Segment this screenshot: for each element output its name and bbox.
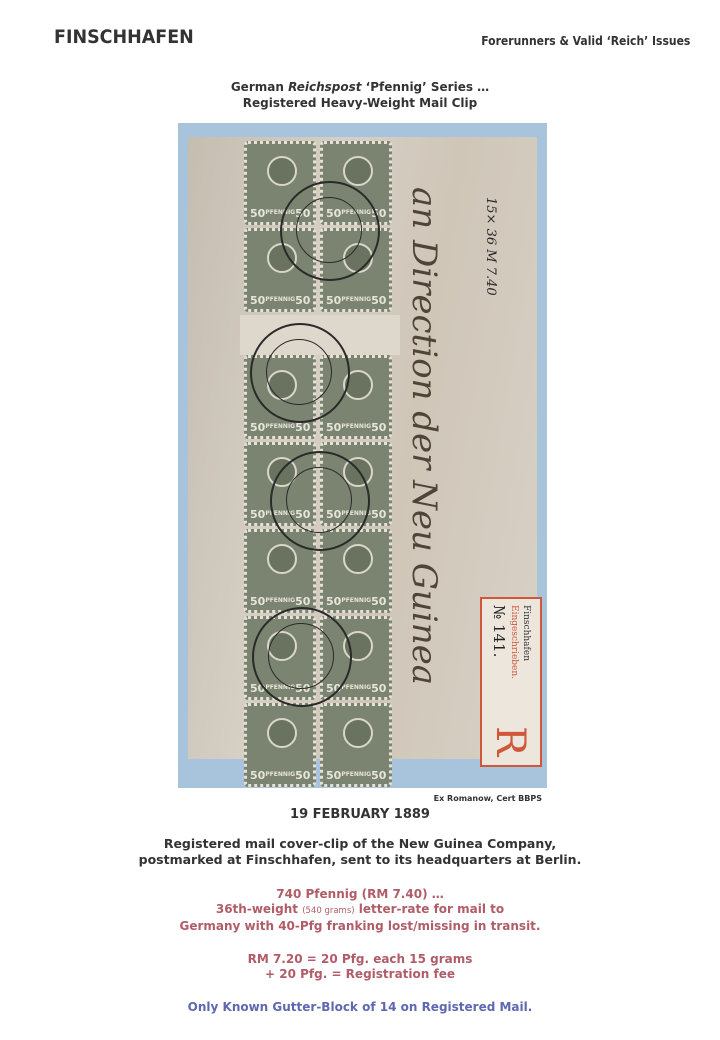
subtitle-line-1: German Reichspost ‘Pfennig’ Series …: [0, 79, 720, 95]
stamp-word: PFENNIG: [341, 597, 371, 604]
stamp-value: 50: [250, 769, 265, 782]
stamp-value: 50: [371, 769, 386, 782]
stamp-value: 50: [295, 769, 310, 782]
provenance-credit: Ex Romanow, Cert BBPS: [434, 794, 542, 803]
stamp-value: 50: [371, 508, 386, 521]
page-title: FINSCHHAFEN: [54, 26, 194, 48]
stamp-value: 50: [371, 421, 386, 434]
stamp-value: 50: [250, 595, 265, 608]
eagle-icon: [267, 718, 297, 748]
description: Registered mail cover-clip of the New Gu…: [0, 836, 720, 868]
stamp-value: 50: [250, 508, 265, 521]
exhibit-subtitle: German Reichspost ‘Pfennig’ Series … Reg…: [0, 79, 720, 111]
postmark-cancel: [252, 607, 352, 707]
registration-label: Finschhafen Eingeschrieben. № 141. R: [480, 597, 542, 767]
stamp-value: 50: [371, 595, 386, 608]
stamp-value: 50: [371, 294, 386, 307]
eagle-icon: [343, 156, 373, 186]
stamp-value: 50: [295, 294, 310, 307]
cover-clip-image: 50PFENNIG5050PFENNIG5050PFENNIG5050PFENN…: [188, 137, 537, 759]
stamp-value: 50: [250, 207, 265, 220]
stamp-word: PFENNIG: [341, 296, 371, 303]
stamp-word: PFENNIG: [341, 423, 371, 430]
subtitle-line-2: Registered Heavy-Weight Mail Clip: [0, 95, 720, 111]
stamp-word: PFENNIG: [341, 684, 371, 691]
stamp-value: 50: [326, 294, 341, 307]
manuscript-address: an Direction der Neu Guinea: [404, 187, 444, 685]
stamp-word: PFENNIG: [265, 423, 295, 430]
rarity-note: Only Known Gutter-Block of 14 on Registe…: [0, 1000, 720, 1014]
postmark-date: 19 FEBRUARY 1889: [0, 807, 720, 822]
stamp-value: 50: [326, 595, 341, 608]
stamp-value: 50: [371, 682, 386, 695]
postmark-cancel: [250, 323, 350, 423]
postmark-cancel: [270, 451, 370, 551]
rate-explanation: 740 Pfennig (RM 7.40) … 36th-weight (540…: [0, 887, 720, 934]
eagle-icon: [267, 544, 297, 574]
eagle-icon: [343, 544, 373, 574]
section-title: Forerunners & Valid ‘Reich’ Issues: [481, 34, 690, 48]
eagle-icon: [267, 156, 297, 186]
postmark-cancel: [280, 181, 380, 281]
stamp: 50PFENNIG50: [244, 703, 316, 787]
stamp-word: PFENNIG: [341, 771, 371, 778]
registration-office: Finschhafen: [520, 605, 532, 679]
registration-type: Eingeschrieben.: [508, 605, 520, 679]
stamp: 50PFENNIG50: [320, 703, 392, 787]
registration-number: № 141.: [490, 605, 508, 679]
stamp-word: PFENNIG: [265, 771, 295, 778]
subtitle-italic: Reichspost: [288, 80, 361, 94]
manuscript-rate-note: 15× 36 M 7.40: [483, 197, 498, 296]
stamp-word: PFENNIG: [265, 597, 295, 604]
stamp-value: 50: [326, 769, 341, 782]
stamp-value: 50: [250, 421, 265, 434]
stamp-word: PFENNIG: [265, 296, 295, 303]
stamp-value: 50: [250, 294, 265, 307]
stamp-value: 50: [326, 421, 341, 434]
fee-breakdown: RM 7.20 = 20 Pfg. each 15 grams + 20 Pfg…: [0, 952, 720, 982]
registration-r-letter: R: [488, 719, 532, 763]
exhibit-mount: 50PFENNIG5050PFENNIG5050PFENNIG5050PFENN…: [178, 123, 547, 788]
eagle-icon: [343, 718, 373, 748]
